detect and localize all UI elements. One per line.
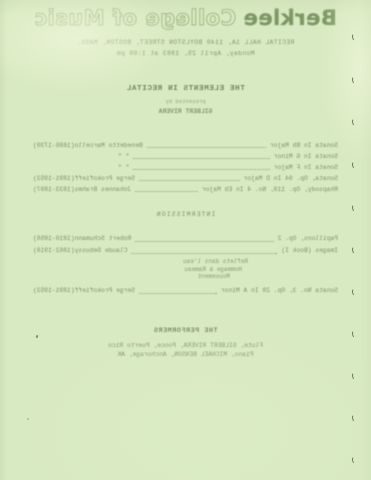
dotted-leader xyxy=(133,169,269,170)
piece-title: Sonata In G Minor xyxy=(274,151,338,162)
dotted-leader xyxy=(139,293,217,294)
berklee-logo: BerkleeCollege of Music xyxy=(0,6,371,30)
movement: Reflets dans l'eau xyxy=(33,258,248,266)
program-item: Rhapsody, Op. 119, No. 4 In Eb Major Joh… xyxy=(33,184,338,195)
piece-title: Papillons, Op. 2 xyxy=(278,233,338,245)
piece-composer: Robert Schumann(1810-1856) xyxy=(33,233,131,245)
program-second-half: Papillons, Op. 2 Robert Schumann(1810-18… xyxy=(33,233,338,297)
piece-composer: Serge Prokofieff(1891-1953) xyxy=(33,285,135,297)
dotted-leader xyxy=(139,180,240,181)
performer-line: Piano, MICHAEL BENSON, Anchorage, AK xyxy=(0,350,371,359)
piece-title: Sonata In Bb Major xyxy=(270,140,338,151)
movement-list: Reflets dans l'eau Hommage à Rameau Mouv… xyxy=(33,258,248,281)
program-item: Sonata In G Minor " " xyxy=(33,151,338,162)
program-item: Sonata, Op. 94 In D Major Serge Prokofie… xyxy=(33,173,338,184)
presented-by-label: presented by xyxy=(0,98,371,105)
movement: Hommage à Rameau xyxy=(33,266,242,274)
performers-heading: THE PERFORMERS xyxy=(0,327,371,335)
dotted-leader xyxy=(147,147,266,148)
presenter-name: GILBERT RIVERA xyxy=(0,108,371,116)
dotted-leader xyxy=(133,158,269,159)
venue-line: RECITAL HALL 1A, 1140 BOYLSTON STREET, B… xyxy=(0,39,371,47)
paper-speck xyxy=(27,418,29,420)
program-first-half: Sonata In Bb Major Benedetto Marcello(16… xyxy=(33,140,338,195)
piece-composer: Benedetto Marcello(1686-1739) xyxy=(33,140,143,151)
piece-title: Images (Book I) xyxy=(281,245,338,257)
piece-composer: Serge Prokofieff(1891-1953) xyxy=(33,173,135,184)
intermission-heading: INTERMISSION xyxy=(0,211,371,219)
piece-title: Sonata, Op. 94 In D Major xyxy=(244,173,338,184)
logo-word-primary: Berklee xyxy=(243,6,337,30)
piece-composer-ditto: " " xyxy=(118,151,129,162)
program-item: Sonata In Bb Major Benedetto Marcello(16… xyxy=(33,140,338,151)
program-item: Sonata No. 3, Op. 28 In A Minor Serge Pr… xyxy=(33,285,338,297)
movement: Mouvement xyxy=(33,273,230,281)
scanned-program-page: BerkleeCollege of Music RECITAL HALL 1A,… xyxy=(0,0,371,480)
program-item: Images (Book I) Claude Debussy(1862-1918… xyxy=(33,245,338,257)
piece-composer: Johannes Brahms(1833-1897) xyxy=(33,184,131,195)
recital-title: THE ELEMENTS IN RECITAL xyxy=(0,85,371,94)
piece-title: Sonata No. 3, Op. 28 In A Minor xyxy=(221,285,338,297)
piece-composer: Claude Debussy(1862-1918) xyxy=(33,245,127,257)
performer-line: Flute, GILBERT RIVERA, Ponce, Puerto Ric… xyxy=(0,341,371,350)
program-item: Papillons, Op. 2 Robert Schumann(1810-18… xyxy=(33,233,338,245)
dotted-leader xyxy=(135,241,273,242)
bleed-through-content: BerkleeCollege of Music RECITAL HALL 1A,… xyxy=(0,0,371,480)
program-item: Sonata In F Major " " xyxy=(33,162,338,173)
logo-word-secondary: College of Music xyxy=(34,6,236,30)
datetime-line: Monday, April 25, 1983 at 1:00 pm xyxy=(0,50,371,58)
dotted-leader xyxy=(135,191,198,192)
piece-title: Rhapsody, Op. 119, No. 4 In Eb Major xyxy=(202,184,338,195)
piece-composer-ditto: " " xyxy=(118,162,129,173)
piece-title: Sonata In F Major xyxy=(274,162,338,173)
dotted-leader xyxy=(131,253,277,254)
